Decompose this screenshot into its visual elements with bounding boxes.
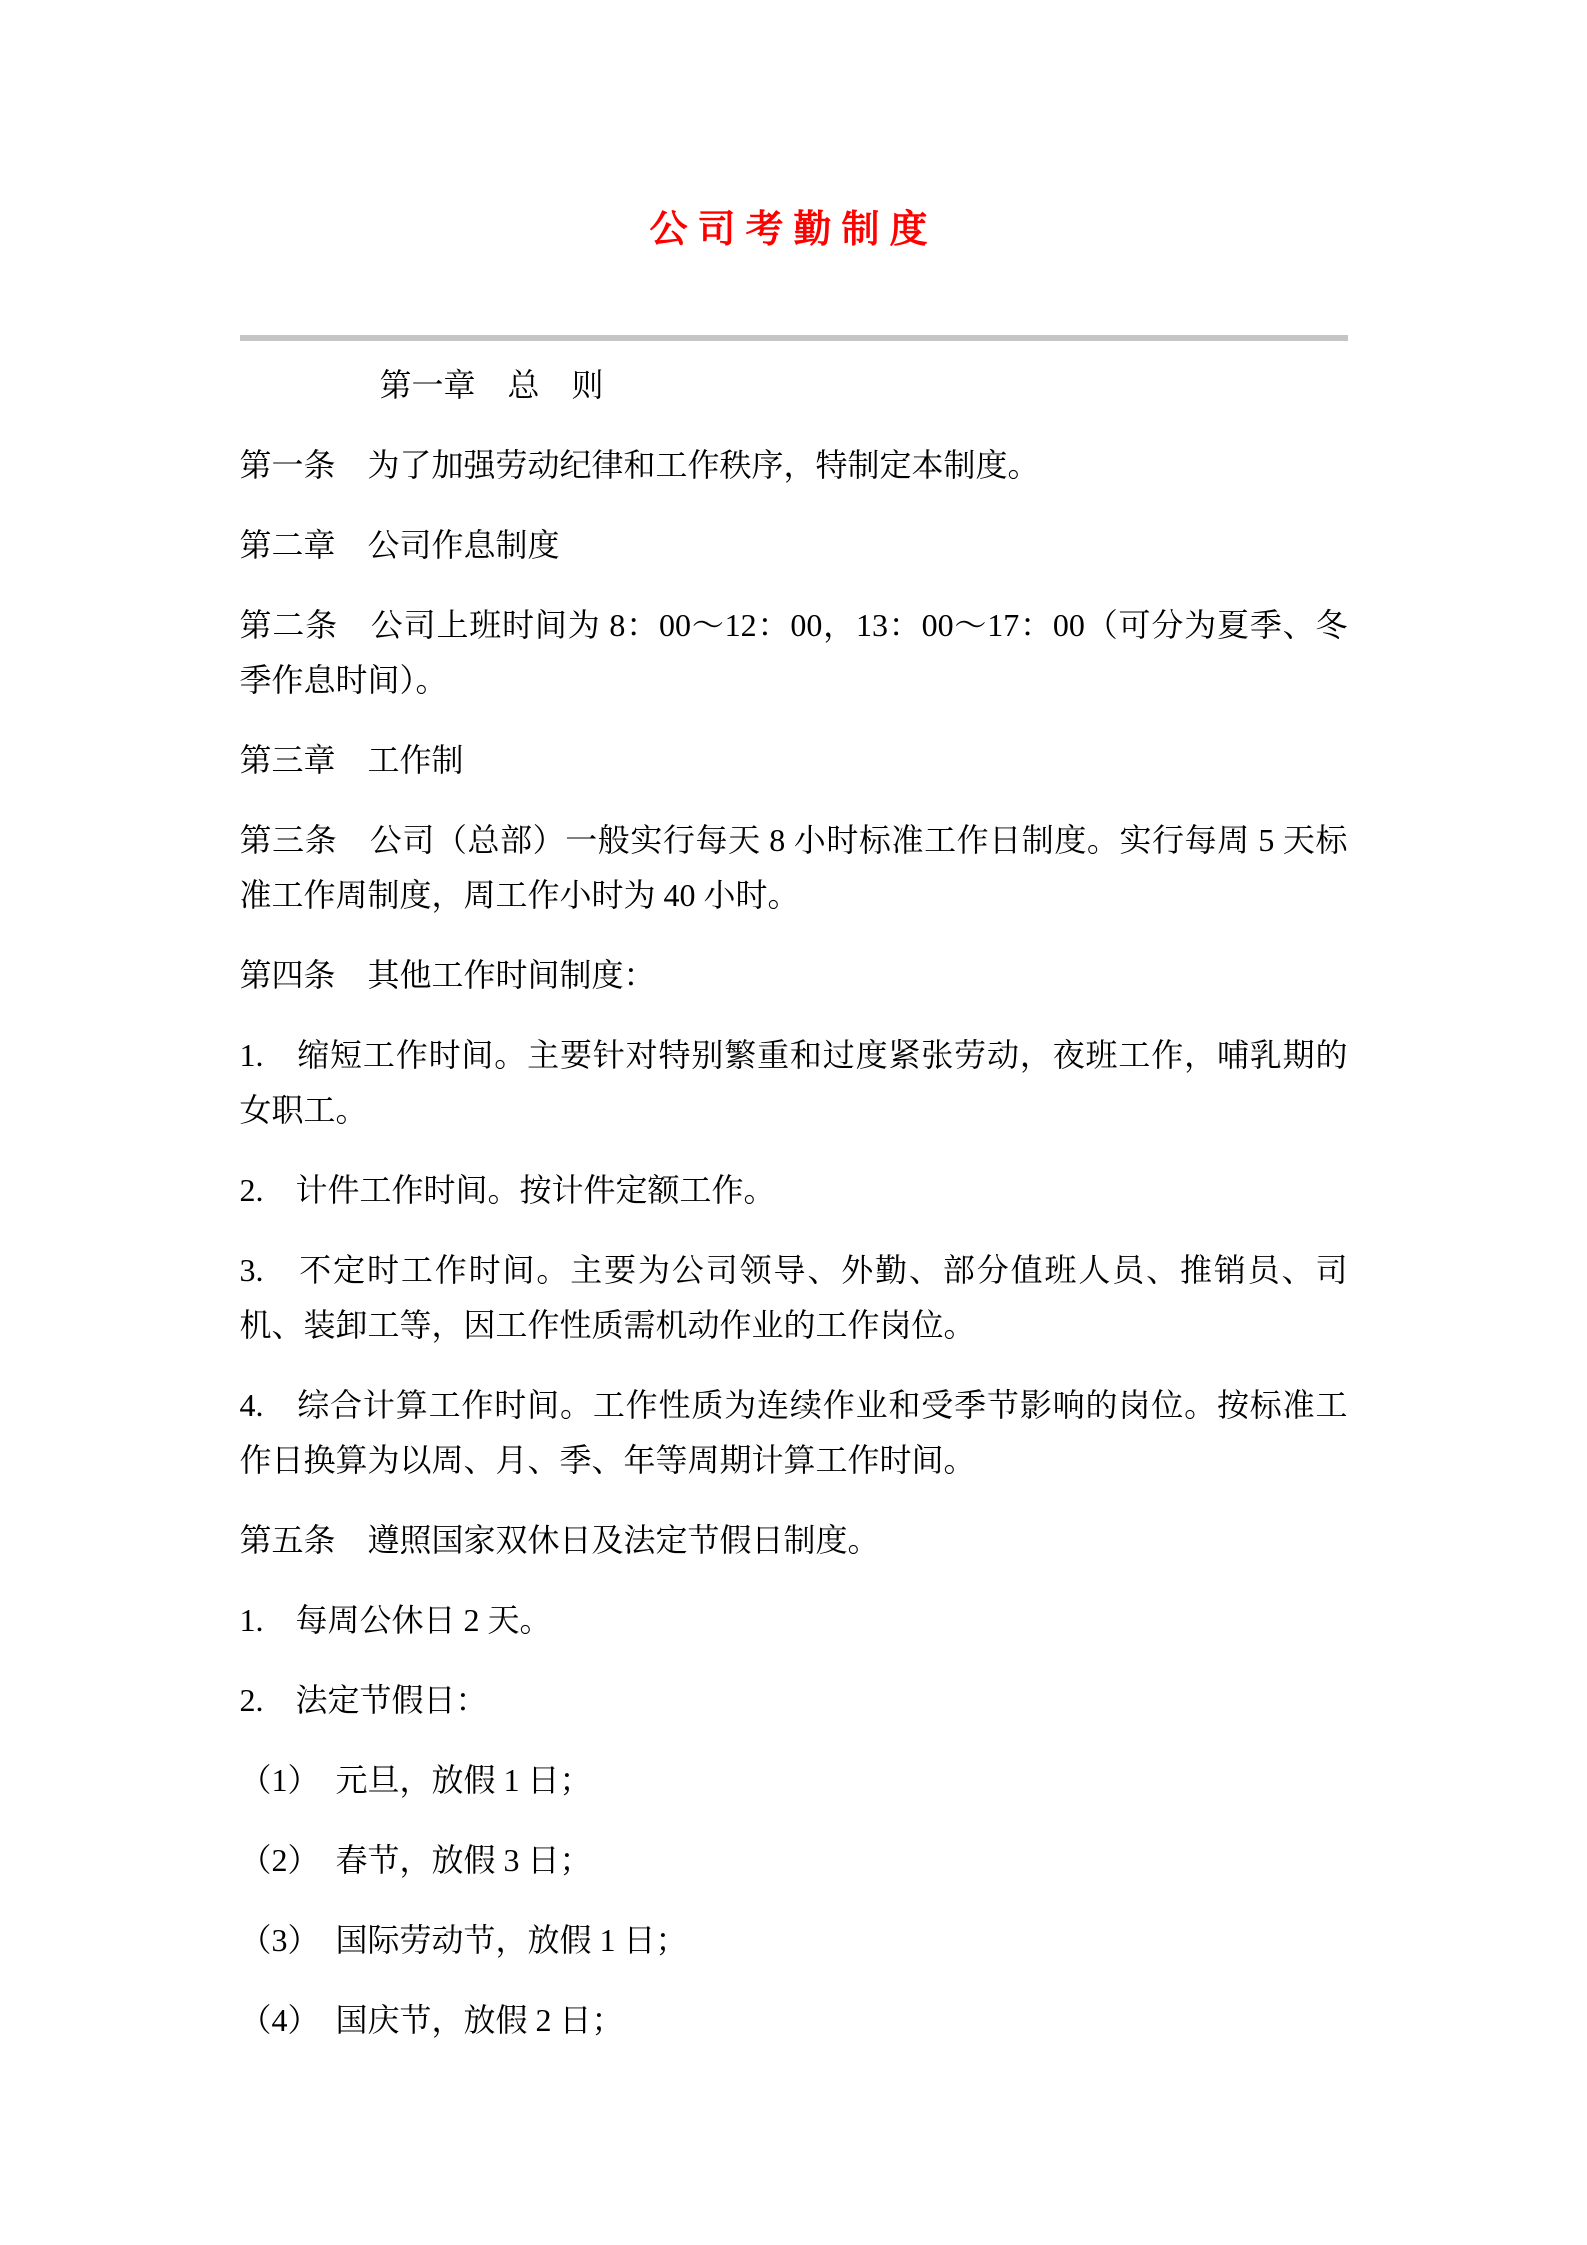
article-2: 第二条 公司上班时间为 8：00～12：00，13：00～17：00（可分为夏季… — [240, 598, 1348, 708]
article-5-item-2: 2. 法定节假日： — [240, 1673, 1348, 1728]
holiday-item-1: （1） 元旦，放假 1 日； — [240, 1753, 1348, 1808]
document-body: 第一章 总 则第一条 为了加强劳动纪律和工作秩序，特制定本制度。第二章 公司作息… — [240, 358, 1348, 2048]
holiday-item-2: （2） 春节，放假 3 日； — [240, 1833, 1348, 1888]
article-4: 第四条 其他工作时间制度： — [240, 948, 1348, 1003]
horizontal-divider — [240, 335, 1348, 341]
document-page: 公司考勤制度 第一章 总 则第一条 为了加强劳动纪律和工作秩序，特制定本制度。第… — [0, 0, 1587, 2245]
article-5: 第五条 遵照国家双休日及法定节假日制度。 — [240, 1513, 1348, 1568]
article-4-item-4: 4. 综合计算工作时间。工作性质为连续作业和受季节影响的岗位。按标准工作日换算为… — [240, 1378, 1348, 1488]
article-3: 第三条 公司（总部）一般实行每天 8 小时标准工作日制度。实行每周 5 天标准工… — [240, 813, 1348, 923]
chapter-2-heading: 第二章 公司作息制度 — [240, 518, 1348, 573]
chapter-3-heading: 第三章 工作制 — [240, 733, 1348, 788]
holiday-item-3: （3） 国际劳动节，放假 1 日； — [240, 1913, 1348, 1968]
document-title: 公司考勤制度 — [0, 0, 1587, 252]
article-4-item-1: 1. 缩短工作时间。主要针对特别繁重和过度紧张劳动，夜班工作，哺乳期的女职工。 — [240, 1028, 1348, 1138]
holiday-item-4: （4） 国庆节，放假 2 日； — [240, 1993, 1348, 2048]
article-1: 第一条 为了加强劳动纪律和工作秩序，特制定本制度。 — [240, 438, 1348, 493]
article-4-item-3: 3. 不定时工作时间。主要为公司领导、外勤、部分值班人员、推销员、司机、装卸工等… — [240, 1243, 1348, 1353]
article-5-item-1: 1. 每周公休日 2 天。 — [240, 1593, 1348, 1648]
article-4-item-2: 2. 计件工作时间。按计件定额工作。 — [240, 1163, 1348, 1218]
chapter-1-heading: 第一章 总 则 — [240, 358, 1348, 413]
